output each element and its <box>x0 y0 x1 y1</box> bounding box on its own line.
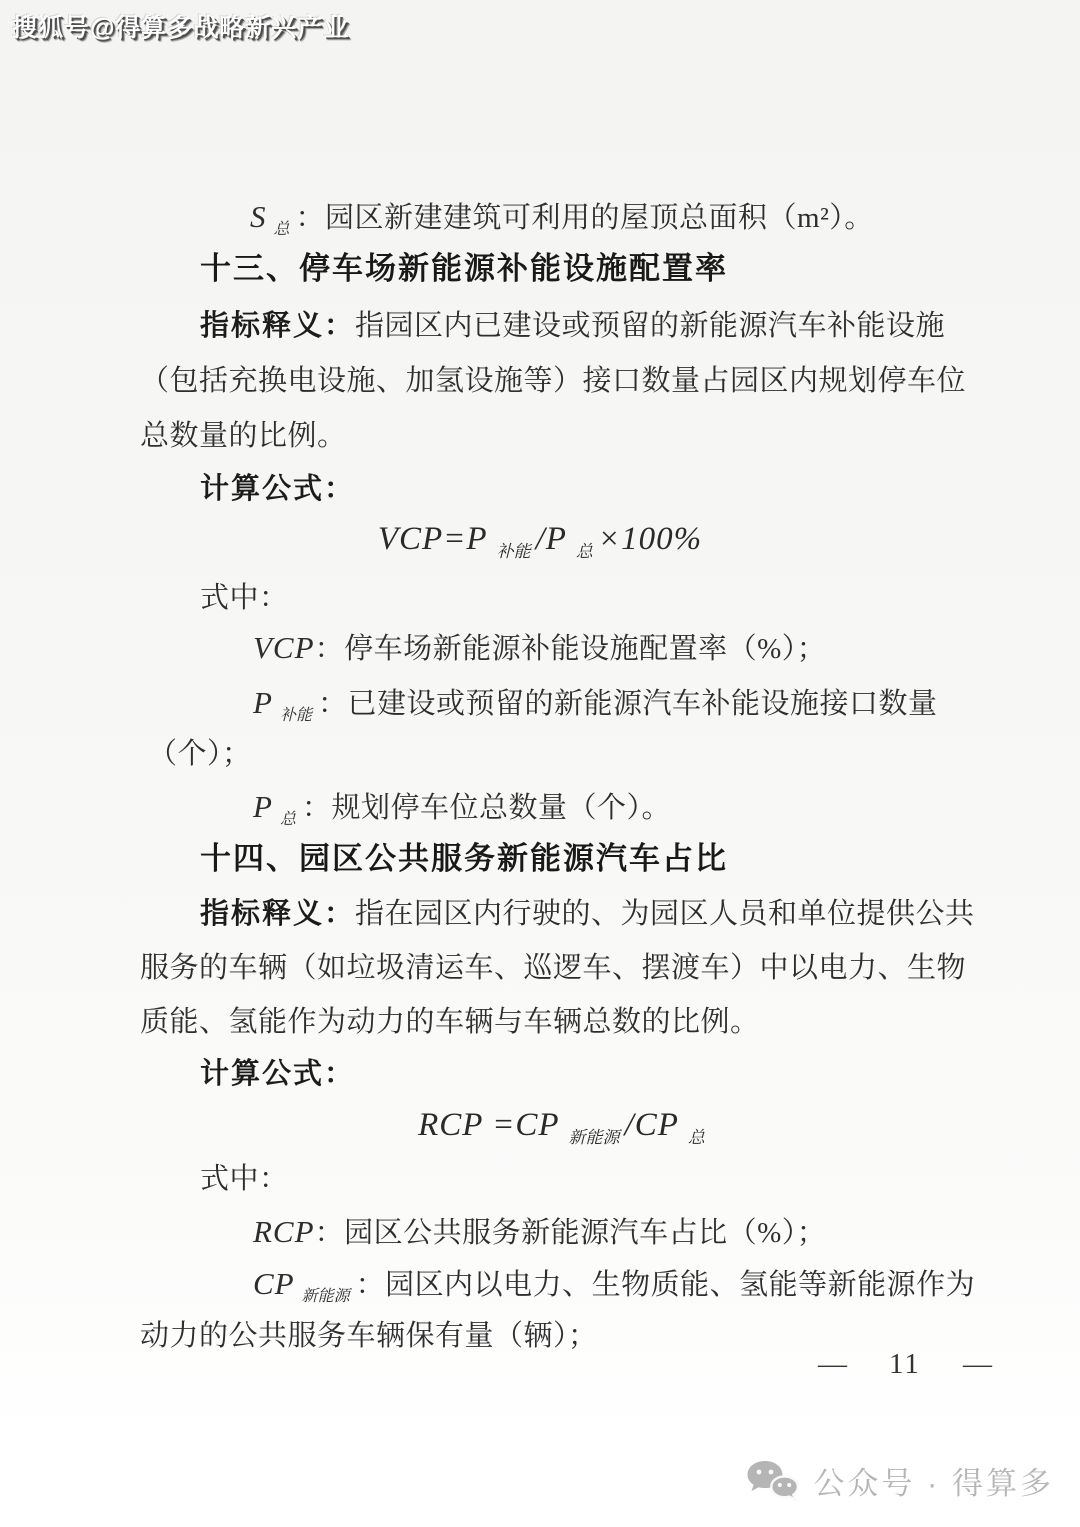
definition-label: 指标释义： <box>200 310 355 342</box>
sec13-term-p-buneng-cont: （个）； <box>148 737 252 772</box>
var-s: S <box>250 199 267 234</box>
sec13-where-label: 式中： <box>200 581 289 616</box>
formula-vcp-part3: ×100% <box>598 521 702 557</box>
sec13-definition-line2: （包括充换电设施、加氢设施等）接口数量占园区内规划停车位 <box>140 364 966 399</box>
sec13-definition-line3: 总数量的比例。 <box>140 419 347 454</box>
var-s-subscript: 总 <box>274 221 290 238</box>
var-cp-subscript: 新能源 <box>302 1288 350 1305</box>
sec14-term-cp-cont: 动力的公共服务车辆保有量（辆）； <box>140 1319 598 1354</box>
sec13-term-p-total-text: ：规划停车位总数量（个）。 <box>302 792 671 824</box>
sec14-term-rcp: RCP：园区公共服务新能源汽车占比（%）； <box>253 1213 826 1251</box>
formula-rcp-part1: RCP =CP <box>418 1107 559 1143</box>
sec14-definition-text1: 指在园区内行驶的、为园区人员和单位提供公共 <box>355 898 975 930</box>
sec13-term-p-buneng-text: ：已建设或预留的新能源汽车补能设施接口数量 <box>318 688 938 720</box>
sec13-term-p-buneng: P补能：已建设或预留的新能源汽车补能设施接口数量 <box>253 684 937 725</box>
sec13-formula-label: 计算公式： <box>200 472 355 507</box>
sohu-watermark: 搜狐号@得算多战略新兴产业 <box>12 8 349 44</box>
sec13-definition-text1: 指园区内已建设或预留的新能源汽车补能设施 <box>355 310 945 342</box>
document-page: 搜狐号@得算多战略新兴产业 S总：园区新建建筑可利用的屋顶总面积（m²）。 十三… <box>0 0 1080 1527</box>
definition-label: 指标释义： <box>200 898 355 930</box>
term-s-total: S总：园区新建建筑可利用的屋顶总面积（m²）。 <box>250 198 874 239</box>
sec14-term-cp-text: ：园区内以电力、生物质能、氢能等新能源作为 <box>356 1269 976 1301</box>
sec14-definition-line1: 指标释义：指在园区内行驶的、为园区人员和单位提供公共 <box>200 897 975 932</box>
sec13-definition-line1: 指标释义：指园区内已建设或预留的新能源汽车补能设施 <box>200 309 945 344</box>
var-p-subscript: 总 <box>280 811 296 828</box>
sec13-term-p-total: P总：规划停车位总数量（个）。 <box>253 788 671 829</box>
sec13-formula: VCP=P补能/P总×100% <box>0 520 1080 562</box>
var-vcp: VCP <box>253 630 315 665</box>
formula-vcp-sub2: 总 <box>576 542 593 561</box>
var-p-subscript: 补能 <box>280 707 312 724</box>
formula-vcp-part2: /P <box>536 521 567 557</box>
formula-rcp-sub2: 总 <box>688 1128 705 1147</box>
footer-label: 公众号 · 得算多 <box>813 1458 1054 1503</box>
sec14-term-rcp-text: ：园区公共服务新能源汽车占比（%）； <box>315 1217 827 1249</box>
var-cp: CP <box>253 1266 295 1301</box>
sec14-definition-line2: 服务的车辆（如垃圾清运车、巡逻车、摆渡车）中以电力、生物 <box>140 951 966 986</box>
var-rcp: RCP <box>253 1214 315 1249</box>
term-s-text: ：园区新建建筑可利用的屋顶总面积（m²）。 <box>296 202 874 234</box>
page-number-dash-left: — <box>818 1348 847 1381</box>
formula-rcp-part2: /CP <box>625 1107 679 1143</box>
var-p: P <box>253 685 273 720</box>
page-number: — 11 — <box>818 1348 992 1381</box>
page-number-value: 11 <box>889 1348 921 1381</box>
sec14-formula: RCP =CP新能源/CP总 <box>0 1106 1080 1148</box>
sec14-where-label: 式中： <box>200 1162 289 1197</box>
section-13-heading: 十三、停车场新能源补能设施配置率 <box>200 250 728 287</box>
sec13-term-vcp-text: ：停车场新能源补能设施配置率（%）； <box>315 633 827 665</box>
sec14-definition-line3: 质能、氢能作为动力的车辆与车辆总数的比例。 <box>140 1005 760 1040</box>
wechat-icon <box>745 1459 799 1503</box>
section-14-heading: 十四、园区公共服务新能源汽车占比 <box>200 840 728 877</box>
formula-vcp-sub1: 补能 <box>497 542 531 561</box>
page-number-dash-right: — <box>963 1348 992 1381</box>
wechat-footer: 公众号 · 得算多 <box>745 1458 1054 1503</box>
formula-rcp-sub1: 新能源 <box>569 1128 620 1147</box>
var-p: P <box>253 789 273 824</box>
sec14-term-cp-newenergy: CP新能源：园区内以电力、生物质能、氢能等新能源作为 <box>253 1265 975 1306</box>
sec14-formula-label: 计算公式： <box>200 1057 355 1092</box>
sec13-term-vcp: VCP：停车场新能源补能设施配置率（%）； <box>253 629 826 667</box>
formula-vcp-part1: VCP=P <box>378 521 488 557</box>
